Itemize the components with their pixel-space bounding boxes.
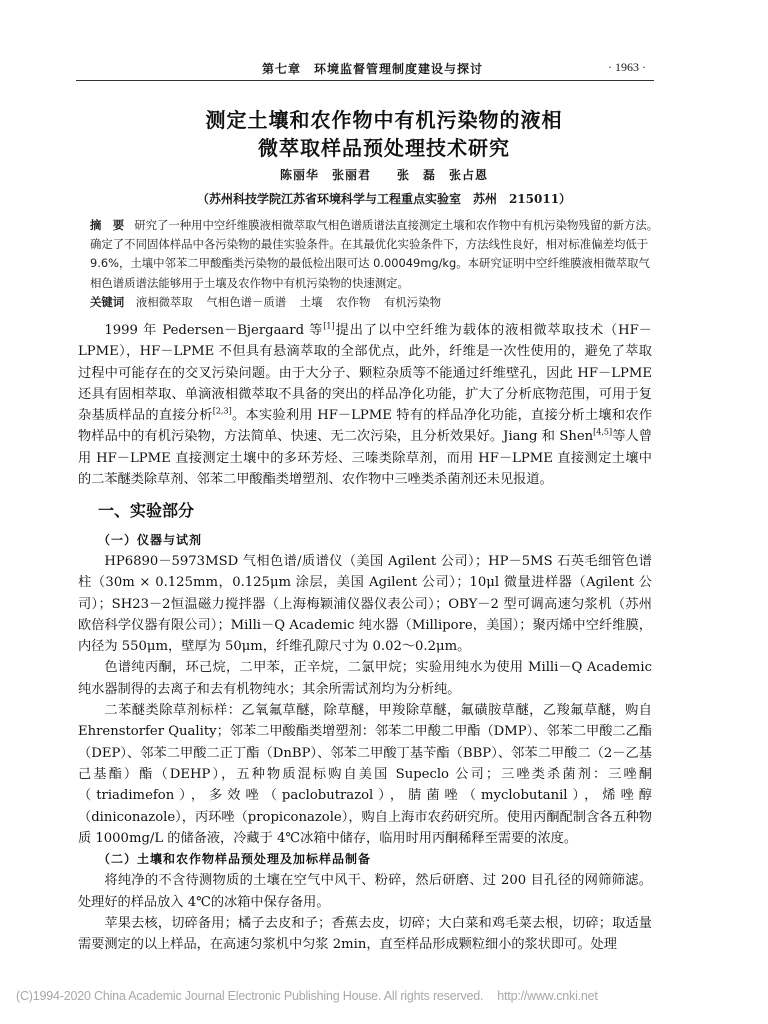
section-heading: 一、实验部分 — [78, 500, 652, 521]
paragraph: 将纯净的不含待测物质的土壤在空气中风干、粉碎，然后研磨、过 200 目孔径的网筛… — [78, 870, 652, 913]
running-title: 第七章 环境监督管理制度建设与探讨 — [262, 60, 483, 77]
keyword: 液相微萃取 — [136, 295, 193, 309]
intro-paragraph: 1999 年 Pedersen－Bjergaard 等[1]提出了以中空纤维为载… — [78, 320, 652, 490]
subsection-heading: （一）仪器与试剂 — [78, 530, 652, 551]
keyword: 土壤 — [300, 295, 323, 309]
page-number: · 1963 · — [608, 60, 646, 75]
citation: [4,5] — [593, 428, 612, 437]
paragraph: HP6890－5973MSD 气相色谱/质谱仪（美国 Agilent 公司）；H… — [78, 551, 652, 657]
affiliation: （苏州科技学院江苏省环境科学与工程重点实验室 苏州 215011） — [0, 190, 768, 207]
keyword: 农作物 — [336, 295, 370, 309]
running-header: 第七章 环境监督管理制度建设与探讨 · 1963 · — [76, 60, 654, 81]
authors: 陈丽华 张丽君 张 磊 张占恩 — [0, 166, 768, 183]
paragraph: 苹果去核，切碎备用；橘子去皮和子；香蕉去皮，切碎；大白菜和鸡毛菜去根，切碎；取适… — [78, 913, 652, 956]
article-title-line-1: 测定土壤和农作物中有机污染物的液相 — [0, 104, 768, 133]
abstract-block: 摘 要研究了一种用中空纤维膜液相微萃取气相色谱质谱法直接测定土壤和农作物中有机污… — [90, 216, 660, 312]
article-body: 1999 年 Pedersen－Bjergaard 等[1]提出了以中空纤维为载… — [78, 320, 652, 956]
keywords-label: 关键词 — [90, 295, 124, 309]
abstract: 摘 要研究了一种用中空纤维膜液相微萃取气相色谱质谱法直接测定土壤和农作物中有机污… — [90, 216, 660, 293]
subsection-heading: （二）土壤和农作物样品预处理及加标样品制备 — [78, 849, 652, 870]
copyright-notice: (C)1994-2020 China Academic Journal Elec… — [16, 989, 483, 1003]
citation: [1] — [323, 322, 334, 331]
paragraph: 色谱纯丙酮，环己烷，二甲苯，正辛烷，二氯甲烷；实验用纯水为使用 Milli－Q … — [78, 657, 652, 700]
keyword: 有机污染物 — [384, 295, 441, 309]
paragraph: 二苯醚类除草剂标样：乙氧氟草醚，除草醚，甲羧除草醚，氟磺胺草醚，乙羧氟草醚，购自… — [78, 700, 652, 849]
abstract-text: 研究了一种用中空纤维膜液相微萃取气相色谱质谱法直接测定土壤和农作物中有机污染物残… — [90, 218, 658, 290]
citation: [2,3] — [213, 407, 232, 416]
abstract-label: 摘 要 — [90, 218, 124, 232]
intro-text: 1999 年 Pedersen－Bjergaard 等 — [104, 323, 323, 338]
footer-url: http://www.cnki.net — [497, 989, 597, 1003]
document-page: 第七章 环境监督管理制度建设与探讨 · 1963 · 测定土壤和农作物中有机污染… — [0, 0, 768, 1024]
footer: (C)1994-2020 China Academic Journal Elec… — [16, 989, 598, 1003]
keyword: 气相色谱－质谱 — [206, 295, 286, 309]
keywords: 关键词 液相微萃取 气相色谱－质谱 土壤 农作物 有机污染物 — [90, 293, 660, 312]
article-title-line-2: 微萃取样品预处理技术研究 — [0, 132, 768, 161]
